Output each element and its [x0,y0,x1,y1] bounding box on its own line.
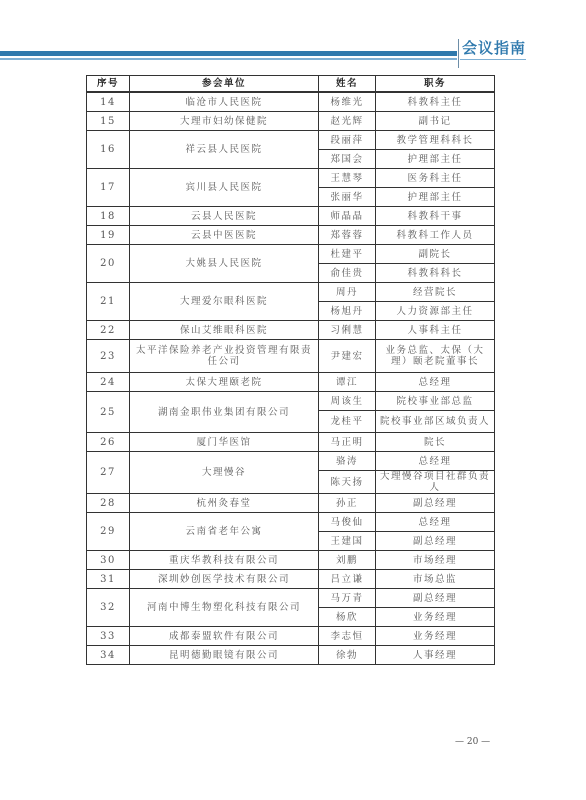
position-cell: 教学管理科科长 [376,131,495,150]
name-cell: 师晶晶 [319,207,376,226]
position-cell: 市场经理 [376,551,495,570]
organization-cell: 厦门华医馆 [130,433,319,452]
name-cell: 谭江 [319,373,376,392]
row-number: 14 [87,92,130,112]
organization-cell: 大理爱尔眼科医院 [130,283,319,321]
table-row: 27大理慢谷骆涛总经理 [87,452,495,471]
position-cell: 人事科主任 [376,321,495,340]
position-cell: 科教科科长 [376,264,495,283]
row-number: 17 [87,169,130,207]
position-cell: 科教科主任 [376,92,495,112]
table-row: 14临沧市人民医院杨维光科教科主任 [87,92,495,112]
table-row: 15大理市妇幼保健院赵光辉副书记 [87,112,495,131]
name-cell: 郑国会 [319,150,376,169]
organization-cell: 云南省老年公寓 [130,513,319,551]
row-number: 21 [87,283,130,321]
position-cell: 业务经理 [376,627,495,646]
name-cell: 杨欣 [319,608,376,627]
position-cell: 院校事业部区域负责人 [376,411,495,433]
row-number: 34 [87,646,130,665]
organization-cell: 深圳妙创医学技术有限公司 [130,570,319,589]
section-title-underline [460,59,526,60]
position-cell: 副书记 [376,112,495,131]
position-cell: 院校事业部总监 [376,392,495,411]
row-number: 31 [87,570,130,589]
name-cell: 张丽华 [319,188,376,207]
position-cell: 业务总监、太保（大理）颐老院董事长 [376,340,495,373]
position-cell: 市场总监 [376,570,495,589]
section-title: 会议指南 [462,38,526,58]
table-row: 29云南省老年公寓马俊仙总经理 [87,513,495,532]
header-divider [458,39,459,68]
name-cell: 杨旭丹 [319,302,376,321]
table-body: 14临沧市人民医院杨维光科教科主任15大理市妇幼保健院赵光辉副书记16祥云县人民… [87,92,495,665]
organization-cell: 宾川县人民医院 [130,169,319,207]
page-number: — 20 — [455,737,490,747]
row-number: 18 [87,207,130,226]
table-row: 25湖南金职伟业集团有限公司周该生院校事业部总监 [87,392,495,411]
table-row: 31深圳妙创医学技术有限公司吕立谦市场总监 [87,570,495,589]
name-cell: 吕立谦 [319,570,376,589]
organization-cell: 成都泰盟软件有限公司 [130,627,319,646]
table-row: 22保山艾维眼科医院习俐慧人事科主任 [87,321,495,340]
organization-cell: 太平洋保险养老产业投资管理有限责任公司 [130,340,319,373]
organization-cell: 河南中博生物塑化科技有限公司 [130,589,319,627]
position-cell: 护理部主任 [376,150,495,169]
position-cell: 人事经理 [376,646,495,665]
position-cell: 经营院长 [376,283,495,302]
position-cell: 人力资源部主任 [376,302,495,321]
position-cell: 副总经理 [376,494,495,513]
position-cell: 副院长 [376,245,495,264]
position-cell: 总经理 [376,373,495,392]
name-cell: 刘鹏 [319,551,376,570]
name-cell: 马万青 [319,589,376,608]
row-number: 30 [87,551,130,570]
name-cell: 王慧琴 [319,169,376,188]
name-cell: 段丽萍 [319,131,376,150]
name-cell: 周该生 [319,392,376,411]
table-row: 20大姚县人民医院杜建平副院长 [87,245,495,264]
organization-cell: 临沧市人民医院 [130,92,319,112]
name-cell: 龙桂平 [319,411,376,433]
table-row: 23太平洋保险养老产业投资管理有限责任公司尹建宏业务总监、太保（大理）颐老院董事… [87,340,495,373]
name-cell: 郑蓉蓉 [319,226,376,245]
table-row: 24太保大理颐老院谭江总经理 [87,373,495,392]
organization-cell: 湖南金职伟业集团有限公司 [130,392,319,433]
position-cell: 业务经理 [376,608,495,627]
row-number: 25 [87,392,130,433]
table-row: 16祥云县人民医院段丽萍教学管理科科长 [87,131,495,150]
table-row: 26厦门华医馆马正明院长 [87,433,495,452]
name-cell: 赵光辉 [319,112,376,131]
row-number: 24 [87,373,130,392]
name-cell: 陈天扬 [319,471,376,494]
organization-cell: 祥云县人民医院 [130,131,319,169]
name-cell: 俞佳贵 [319,264,376,283]
header-rule-thin [0,58,457,60]
name-cell: 骆涛 [319,452,376,471]
name-cell: 马正明 [319,433,376,452]
table-row: 32河南中博生物塑化科技有限公司马万青副总经理 [87,589,495,608]
position-cell: 科教科工作人员 [376,226,495,245]
organization-cell: 云县中医医院 [130,226,319,245]
table-row: 34昆明德勤眼镜有限公司徐勃人事经理 [87,646,495,665]
position-cell: 副总经理 [376,589,495,608]
name-cell: 习俐慧 [319,321,376,340]
row-number: 16 [87,131,130,169]
name-cell: 马俊仙 [319,513,376,532]
row-number: 26 [87,433,130,452]
organization-cell: 大理慢谷 [130,452,319,494]
table-header-row: 序号 参会单位 姓名 职务 [87,76,495,93]
name-cell: 李志恒 [319,627,376,646]
position-cell: 总经理 [376,452,495,471]
position-cell: 护理部主任 [376,188,495,207]
row-number: 28 [87,494,130,513]
header-rule-thick [0,51,457,56]
position-cell: 大理慢谷项目社群负责人 [376,471,495,494]
row-number: 19 [87,226,130,245]
row-number: 29 [87,513,130,551]
row-number: 27 [87,452,130,494]
organization-cell: 太保大理颐老院 [130,373,319,392]
row-number: 22 [87,321,130,340]
position-cell: 科教科干事 [376,207,495,226]
table-row: 30重庆华教科技有限公司刘鹏市场经理 [87,551,495,570]
row-number: 15 [87,112,130,131]
col-header-no: 序号 [87,76,130,93]
table-row: 19云县中医医院郑蓉蓉科教科工作人员 [87,226,495,245]
table-row: 17宾川县人民医院王慧琴医务科主任 [87,169,495,188]
organization-cell: 保山艾维眼科医院 [130,321,319,340]
organization-cell: 昆明德勤眼镜有限公司 [130,646,319,665]
name-cell: 孙正 [319,494,376,513]
table-row: 33成都泰盟软件有限公司李志恒业务经理 [87,627,495,646]
attendee-table: 序号 参会单位 姓名 职务 14临沧市人民医院杨维光科教科主任15大理市妇幼保健… [86,75,495,665]
table-row: 28杭州灸春堂孙正副总经理 [87,494,495,513]
col-header-org: 参会单位 [130,76,319,93]
name-cell: 王建国 [319,532,376,551]
organization-cell: 大姚县人民医院 [130,245,319,283]
name-cell: 杜建平 [319,245,376,264]
row-number: 32 [87,589,130,627]
table-row: 18云县人民医院师晶晶科教科干事 [87,207,495,226]
position-cell: 总经理 [376,513,495,532]
organization-cell: 重庆华教科技有限公司 [130,551,319,570]
row-number: 33 [87,627,130,646]
col-header-title: 职务 [376,76,495,93]
position-cell: 医务科主任 [376,169,495,188]
organization-cell: 大理市妇幼保健院 [130,112,319,131]
row-number: 23 [87,340,130,373]
name-cell: 徐勃 [319,646,376,665]
col-header-name: 姓名 [319,76,376,93]
name-cell: 杨维光 [319,92,376,112]
position-cell: 副总经理 [376,532,495,551]
name-cell: 尹建宏 [319,340,376,373]
table-row: 21大理爱尔眼科医院周丹经营院长 [87,283,495,302]
position-cell: 院长 [376,433,495,452]
row-number: 20 [87,245,130,283]
name-cell: 周丹 [319,283,376,302]
organization-cell: 杭州灸春堂 [130,494,319,513]
organization-cell: 云县人民医院 [130,207,319,226]
